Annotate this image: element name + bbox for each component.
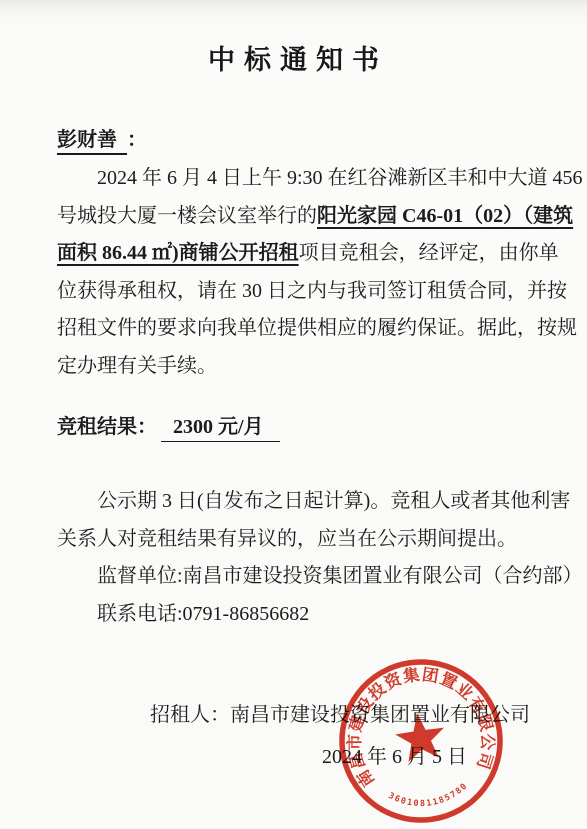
bid-result-value: 2300 元/月: [161, 410, 280, 442]
paragraph1-line5: 招租文件的要求向我单位提供相应的履约保证。据此，按规: [57, 310, 527, 348]
publicity-period-line1: 公示期 3 日(自发布之日起计算)。竞租人或者其他利害: [57, 483, 527, 521]
paragraph1-line3: 面积 86.44 ㎡)商铺公开招租项目竞租会，经评定，由你单: [57, 235, 527, 273]
project-name-emphasis: 阳光家园 C46-01（02）（建筑: [317, 205, 573, 227]
document-page: 中标通知书 彭财善： 2024 年 6 月 4 日上午 9:30 在红谷滩新区丰…: [0, 0, 587, 829]
paragraph1-line1: 2024 年 6 月 4 日上午 9:30 在红谷滩新区丰和中大道 456: [57, 160, 527, 198]
company-seal: 南昌市建设投资集团置业有限公司 3601081185780: [333, 653, 509, 829]
paragraph1-line4: 位获得承租权，请在 30 日之内与我司签订租赁合同，并按: [57, 273, 527, 311]
contact-phone-line: 联系电话:0791-86856682: [57, 596, 527, 634]
bid-result-label: 竞租结果：: [57, 416, 157, 438]
paragraph1-line2-normal: 号城投大厦一楼会议室举行的: [57, 205, 317, 227]
bid-result-line: 竞租结果：2300 元/月: [57, 410, 280, 442]
salutation-colon: ：: [127, 129, 147, 151]
body-paragraph-2: 公示期 3 日(自发布之日起计算)。竞租人或者其他利害 关系人对竞租结果有异议的…: [57, 483, 527, 633]
lessor-label: 招租人：: [150, 704, 230, 726]
addressee-name: 彭财善: [57, 123, 127, 155]
paragraph1-line6: 定办理有关手续。: [57, 348, 527, 386]
supervision-unit-line: 监督单位:南昌市建设投资集团置业有限公司（合约部）: [57, 558, 527, 596]
document-title: 中标通知书: [0, 38, 587, 77]
paragraph1-line3-normal: 项目竞租会，经评定，由你单: [299, 242, 559, 264]
salutation: 彭财善：: [57, 123, 147, 155]
seal-star-icon: [393, 710, 448, 763]
body-paragraph-1: 2024 年 6 月 4 日上午 9:30 在红谷滩新区丰和中大道 456 号城…: [57, 160, 527, 385]
project-area-emphasis: 面积 86.44 ㎡)商铺公开招租: [57, 242, 299, 264]
publicity-period-line2: 关系人对竞租结果有异议的，应当在公示期间提出。: [57, 521, 527, 559]
paragraph1-line2: 号城投大厦一楼会议室举行的阳光家园 C46-01（02）（建筑: [57, 198, 527, 236]
